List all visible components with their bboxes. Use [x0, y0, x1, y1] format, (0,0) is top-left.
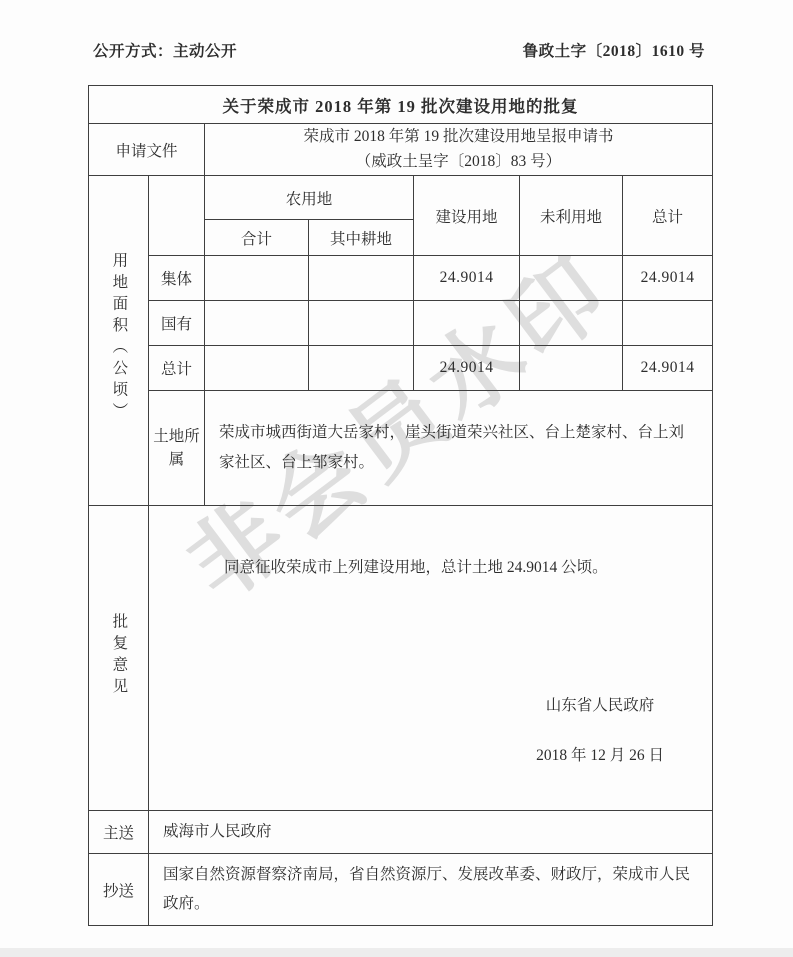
row-label-state-owned: 国有 [149, 301, 205, 346]
document-page: 公开方式：主动公开 鲁政土字〔2018〕1610 号 非会员水印 关于荣成市 2… [0, 0, 793, 957]
collective-agri-total [205, 256, 309, 301]
collective-agri-cultivated [309, 256, 414, 301]
header-agricultural-land: 农用地 [205, 176, 414, 220]
land-ownership-text: 荣成市城西街道大岳家村，崖头街道荣兴社区、台上楚家村、台上刘家社区、台上邹家村。 [205, 418, 712, 478]
state-construction [414, 301, 520, 346]
state-agri-cultivated [309, 301, 414, 346]
copy-send-value: 国家自然资源督察济南局，省自然资源厅、发展改革委、财政厅，荣成市人民政府。 [149, 854, 713, 926]
disclosure-method-label: 公开方式：主动公开 [93, 39, 237, 61]
collective-total: 24.9014 [623, 256, 713, 301]
document-number-label: 鲁政土字〔2018〕1610 号 [523, 39, 705, 61]
header-agri-cultivated: 其中耕地 [309, 220, 414, 256]
header-construction-land: 建设用地 [414, 176, 520, 256]
application-file-label: 申请文件 [89, 124, 205, 176]
land-area-corner-cell [149, 176, 205, 256]
application-file-line1: 荣成市 2018 年第 19 批次建设用地呈报申请书 [205, 125, 712, 150]
document-title: 关于荣成市 2018 年第 19 批次建设用地的批复 [89, 86, 713, 124]
table-row-state-owned: 国有 [89, 301, 713, 346]
total-agri-cultivated [309, 346, 414, 391]
approval-document-table: 关于荣成市 2018 年第 19 批次建设用地的批复 申请文件 荣成市 2018… [88, 85, 713, 926]
state-total [623, 301, 713, 346]
header-total: 总计 [623, 176, 713, 256]
signature-date: 2018 年 12 月 26 日 [536, 743, 664, 765]
header-agri-subtotal: 合计 [205, 220, 309, 256]
state-agri-total [205, 301, 309, 346]
collective-unused [520, 256, 623, 301]
state-unused [520, 301, 623, 346]
land-ownership-value: 荣成市城西街道大岳家村，崖头街道荣兴社区、台上楚家村、台上刘家社区、台上邹家村。 [205, 391, 713, 506]
land-ownership-label: 土地所属 [149, 391, 205, 506]
scan-bottom-edge [0, 948, 793, 957]
copy-send-label: 抄送 [89, 854, 149, 926]
total-unused [520, 346, 623, 391]
main-send-label: 主送 [89, 811, 149, 854]
signature-authority: 山东省人民政府 [536, 693, 664, 715]
approval-opinion-label-cell: 批复意见 [89, 506, 149, 811]
approval-opinion-vertical-label: 批复意见 [110, 613, 128, 699]
approval-opinion-text: 同意征收荣成市上列建设用地，总计土地 24.9014 公顷。 [149, 556, 712, 581]
land-area-vertical-label: 用地面积（公顷） [110, 252, 128, 424]
copy-send-text: 国家自然资源督察济南局，省自然资源厅、发展改革委、财政厅，荣成市人民政府。 [149, 861, 712, 918]
table-row-collective: 集体 24.9014 24.9014 [89, 256, 713, 301]
header-unused-land: 未利用地 [520, 176, 623, 256]
row-label-total: 总计 [149, 346, 205, 391]
main-send-text: 威海市人民政府 [149, 818, 712, 847]
total-construction: 24.9014 [414, 346, 520, 391]
document-meta-row: 公开方式：主动公开 鲁政土字〔2018〕1610 号 [93, 39, 705, 61]
total-agri-total [205, 346, 309, 391]
main-send-value: 威海市人民政府 [149, 811, 713, 854]
land-area-section-label: 用地面积（公顷） [89, 176, 149, 506]
table-row-total: 总计 24.9014 24.9014 [89, 346, 713, 391]
total-total: 24.9014 [623, 346, 713, 391]
approval-signature-block: 山东省人民政府 2018 年 12 月 26 日 [149, 693, 712, 765]
collective-construction: 24.9014 [414, 256, 520, 301]
application-file-value: 荣成市 2018 年第 19 批次建设用地呈报申请书 （威政土呈字〔2018〕8… [205, 124, 713, 176]
application-file-line2: （威政土呈字〔2018〕83 号） [205, 150, 712, 175]
approval-opinion-content: 同意征收荣成市上列建设用地，总计土地 24.9014 公顷。 山东省人民政府 2… [149, 506, 713, 811]
row-label-collective: 集体 [149, 256, 205, 301]
signature-inner-block: 山东省人民政府 2018 年 12 月 26 日 [536, 693, 664, 765]
